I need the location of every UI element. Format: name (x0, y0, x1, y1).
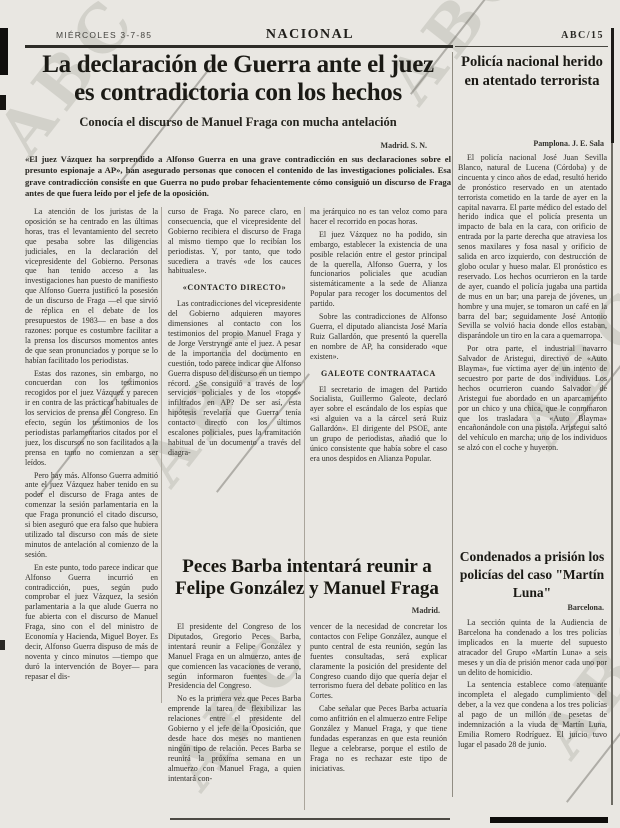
headline-line: La declaración de Guerra ante el juez (25, 51, 451, 79)
scan-page-edge (611, 28, 614, 143)
paragraph: El presidente del Congreso de los Diputa… (168, 622, 301, 691)
paragraph: ma jerárquico no es tan veloz como para … (310, 207, 447, 227)
column-rule (161, 207, 162, 703)
right-article-1-byline: Pamplona. J. E. Sala (458, 139, 604, 148)
right-article-1-headline: Policía nacional herido en atentado terr… (458, 53, 606, 91)
paragraph: La sección quinta de la Audiencia de Bar… (458, 618, 607, 677)
header-rule (455, 46, 608, 48)
newspaper-page: ABC ABC ABC ABC ABC ABC MIÉRCOLES 3-7-85… (0, 0, 620, 828)
paragraph: La atención de los juristas de la oposic… (25, 207, 158, 366)
headline-line: es contradictoria con los hechos (25, 79, 451, 107)
paragraph: En este punto, todo parece indicar que A… (25, 563, 158, 682)
main-article-column-3: ma jerárquico no es tan veloz como para … (310, 207, 447, 554)
right-article-2-byline: Barcelona. (458, 603, 604, 612)
paragraph: Pero hay más. Alfonso Guerra admitió ant… (25, 471, 158, 560)
paragraph: El policía nacional José Juan Sevilla Bl… (458, 153, 607, 341)
header-section-title: NACIONAL (0, 27, 620, 43)
column-subhead: «CONTACTO DIRECTO» (168, 283, 301, 293)
paragraph: No es la primera vez que Peces Barba emp… (168, 694, 301, 783)
paragraph: El secretario de imagen del Partido Soci… (310, 385, 447, 464)
scan-artifact (0, 95, 6, 110)
mid-article-headline: Peces Barba intentará reunir a Felipe Go… (166, 556, 448, 601)
paragraph: Sobre las contradicciones de Alfonso Gue… (310, 312, 447, 362)
paragraph: La sentencia establece como atenuante in… (458, 680, 607, 749)
header-page-number: ABC/15 (561, 30, 604, 41)
scan-page-edge (611, 143, 613, 805)
paragraph: Las contradicciones del vicepresidente d… (168, 299, 301, 458)
scan-artifact (170, 818, 450, 820)
right-article-1-body: El policía nacional José Juan Sevilla Bl… (458, 153, 607, 545)
scan-artifact (0, 640, 5, 650)
main-article-column-2: curso de Fraga. No parece claro, en cons… (168, 207, 301, 554)
mid-article-byline: Madrid. (168, 606, 440, 615)
right-article-2-headline: Condenados a prisión los policías del ca… (458, 548, 606, 601)
paragraph: curso de Fraga. No parece claro, en cons… (168, 207, 301, 276)
scan-artifact (490, 817, 608, 823)
right-article-2-body: La sección quinta de la Audiencia de Bar… (458, 618, 607, 808)
main-article-subheadline: Conocía el discurso de Manuel Fraga con … (25, 115, 451, 130)
main-article-lead: «El juez Vázquez ha sorprendido a Alfons… (25, 154, 451, 199)
paragraph: Cabe señalar que Peces Barba actuaría co… (310, 704, 447, 773)
headline-line: Felipe González y Manuel Fraga (166, 578, 448, 600)
main-article-headline: La declaración de Guerra ante el juez es… (25, 51, 451, 107)
scan-artifact (0, 28, 8, 75)
paragraph: vencer de la necesidad de concretar los … (310, 622, 447, 701)
column-subhead: GALEOTE CONTRAATACA (310, 369, 447, 379)
column-rule (304, 207, 305, 810)
headline-line: Peces Barba intentará reunir a (166, 556, 448, 578)
paragraph: Estas dos razones, sin embargo, no concu… (25, 369, 158, 468)
mid-article-column-2: vencer de la necesidad de concretar los … (310, 622, 447, 822)
main-article-byline: Madrid. S. N. (25, 141, 427, 150)
header-rule (25, 45, 453, 48)
main-article-column-1: La atención de los juristas de la oposic… (25, 207, 158, 705)
mid-article-column-1: El presidente del Congreso de los Diputa… (168, 622, 301, 822)
column-rule (452, 52, 453, 797)
paragraph: Por otra parte, el industrial navarro Sa… (458, 344, 607, 453)
paragraph: El juez Vázquez no ha podido, sin embarg… (310, 230, 447, 309)
